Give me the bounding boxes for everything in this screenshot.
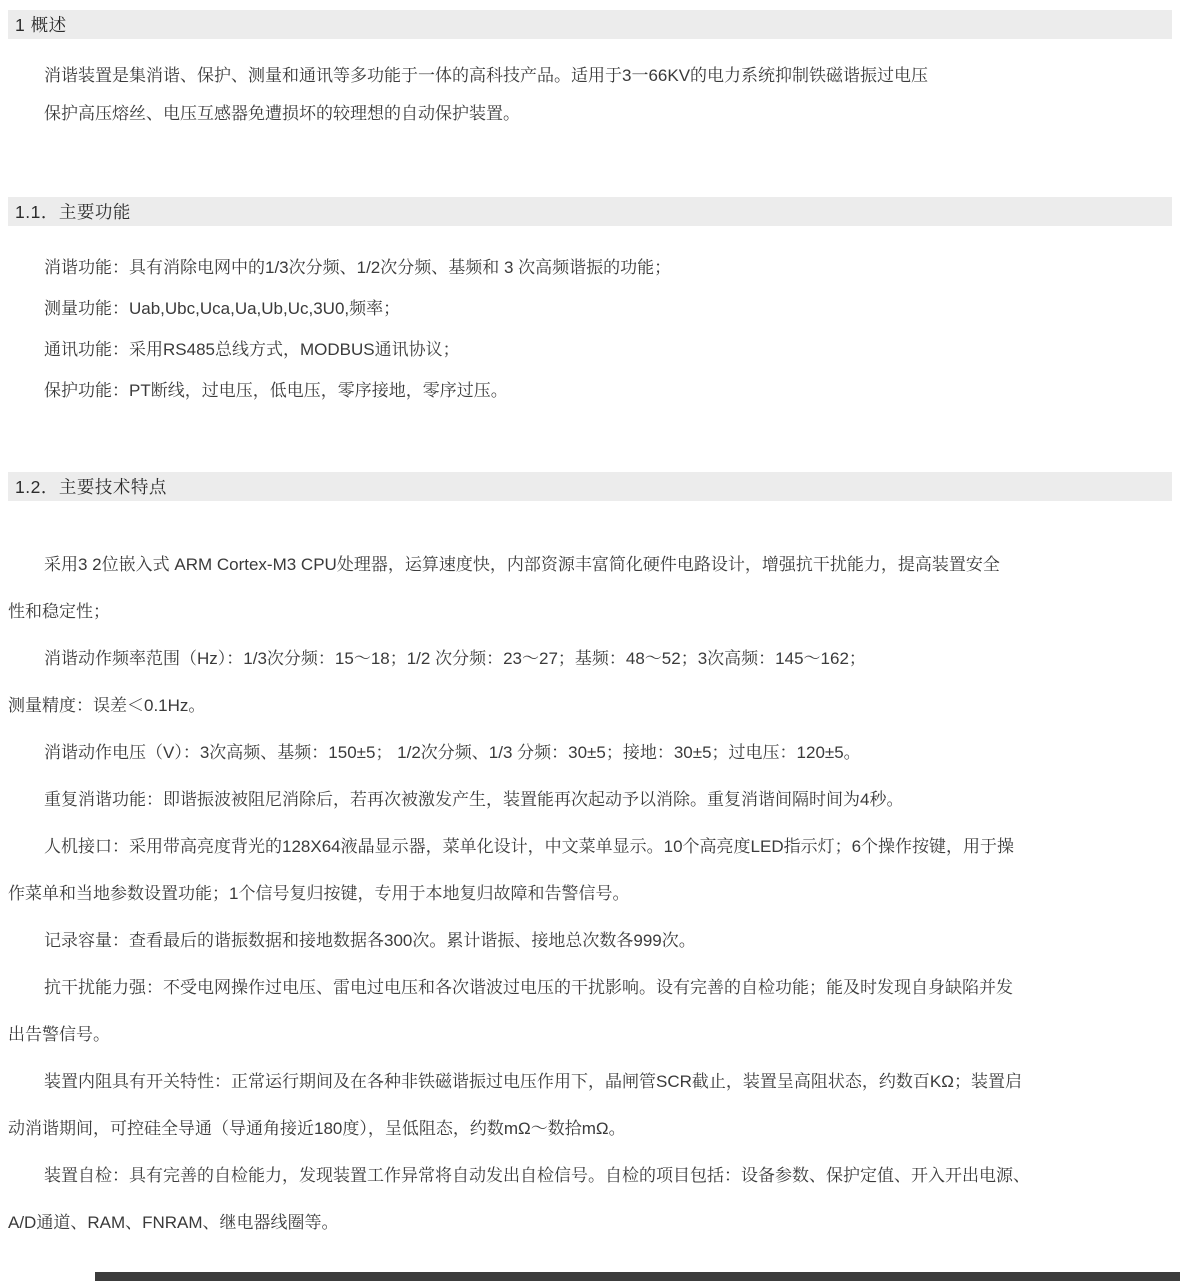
technical-features-body: 采用3 2位嵌入式 ARM Cortex-M3 CPU处理器，运算速度快，内部资…: [0, 541, 1180, 1246]
section-heading-text: 1 概述: [15, 12, 67, 37]
next-section-partial-bar: [95, 1272, 1180, 1281]
paragraph-line: 保护高压熔丝、电压互感器免遭损坏的较理想的自动保护装置。: [0, 95, 1180, 133]
paragraph-line: 出告警信号。: [0, 1011, 1180, 1058]
section-heading-technical-features: 1.2．主要技术特点: [8, 472, 1172, 501]
paragraph-line: 重复消谐功能：即谐振波被阻尼消除后，若再次被激发产生，装置能再次起动予以消除。重…: [0, 776, 1180, 823]
section-heading-overview: 1 概述: [8, 10, 1172, 39]
paragraph-line: 记录容量：查看最后的谐振数据和接地数据各300次。累计谐振、接地总次数各999次…: [0, 917, 1180, 964]
list-item: 测量功能：Uab,Ubc,Uca,Ua,Ub,Uc,3U0,频率；: [0, 288, 1180, 329]
paragraph-line: 性和稳定性；: [0, 588, 1180, 635]
paragraph-line: 抗干扰能力强：不受电网操作过电压、雷电过电压和各次谐波过电压的干扰影响。设有完善…: [0, 964, 1180, 1011]
section-heading-text: 1.2．主要技术特点: [15, 474, 167, 499]
paragraph-line: 人机接口：采用带高亮度背光的128X64液晶显示器，菜单化设计，中文菜单显示。1…: [0, 823, 1180, 870]
paragraph-line: 消谐动作频率范围（Hz）：1/3次分频：15～18；1/2 次分频：23～27；…: [0, 635, 1180, 682]
main-functions-list: 消谐功能：具有消除电网中的1/3次分频、1/2次分频、基频和 3 次高频谐振的功…: [0, 247, 1180, 411]
paragraph-line: 装置内阻具有开关特性：正常运行期间及在各种非铁磁谐振过电压作用下，晶闸管SCR截…: [0, 1058, 1180, 1105]
document-page: { "colors": { "page_background": "#fffff…: [0, 0, 1180, 1281]
section-heading-main-functions: 1.1．主要功能: [8, 197, 1172, 226]
list-item: 通讯功能：采用RS485总线方式，MODBUS通讯协议；: [0, 329, 1180, 370]
paragraph-line: 消谐动作电压（V）：3次高频、基频：150±5； 1/2次分频、1/3 分频：3…: [0, 729, 1180, 776]
overview-paragraph: 消谐装置是集消谐、保护、测量和通讯等多功能于一体的高科技产品。适用于3一66KV…: [0, 57, 1180, 133]
paragraph-line: 测量精度：误差＜0.1Hz。: [0, 682, 1180, 729]
paragraph-line: 采用3 2位嵌入式 ARM Cortex-M3 CPU处理器，运算速度快，内部资…: [0, 541, 1180, 588]
list-item: 消谐功能：具有消除电网中的1/3次分频、1/2次分频、基频和 3 次高频谐振的功…: [0, 247, 1180, 288]
section-heading-text: 1.1．主要功能: [15, 199, 131, 224]
list-item: 保护功能：PT断线，过电压，低电压，零序接地，零序过压。: [0, 370, 1180, 411]
paragraph-line: 作菜单和当地参数设置功能；1个信号复归按键，专用于本地复归故障和告警信号。: [0, 870, 1180, 917]
paragraph-line: 动消谐期间，可控硅全导通（导通角接近180度），呈低阻态，约数mΩ～数拾mΩ。: [0, 1105, 1180, 1152]
paragraph-line: 消谐装置是集消谐、保护、测量和通讯等多功能于一体的高科技产品。适用于3一66KV…: [0, 57, 1180, 95]
paragraph-line: A/D通道、RAM、FNRAM、继电器线圈等。: [0, 1199, 1180, 1246]
paragraph-line: 装置自检：具有完善的自检能力，发现装置工作异常将自动发出自检信号。自检的项目包括…: [0, 1152, 1180, 1199]
